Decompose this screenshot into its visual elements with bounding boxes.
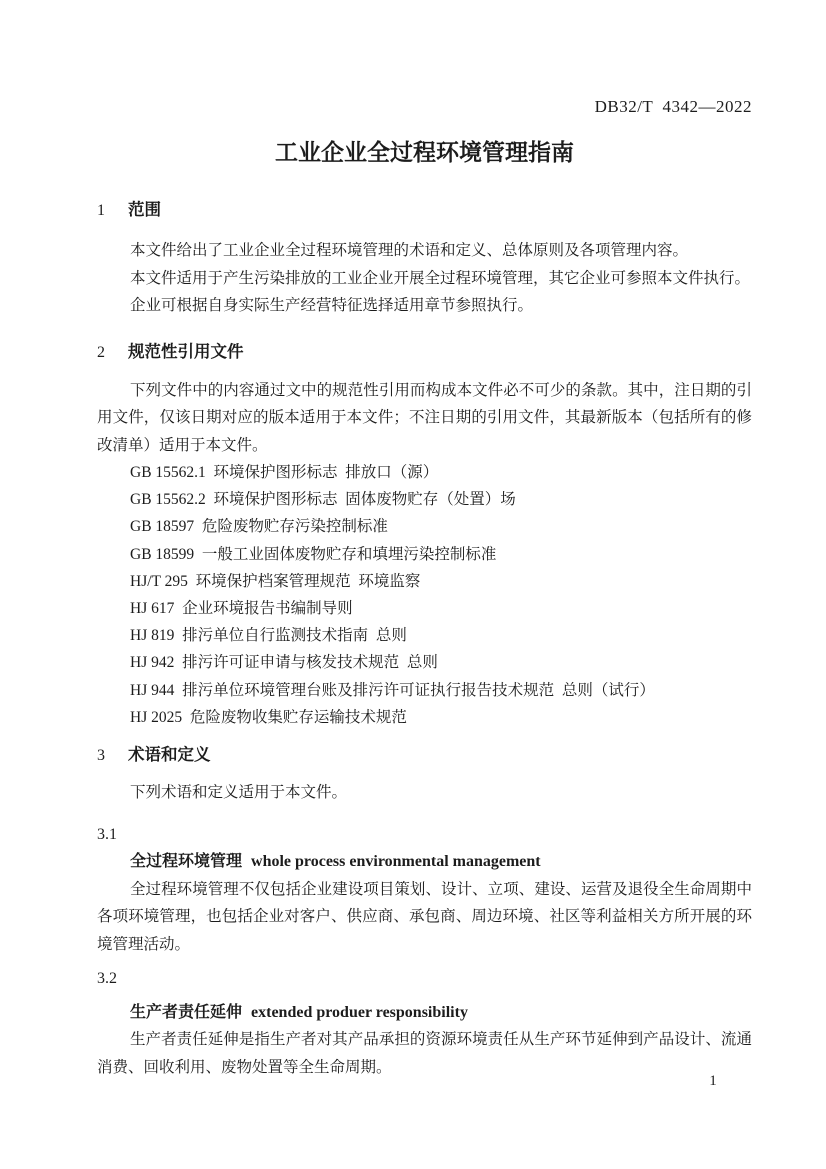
term-number: 3.1 <box>97 821 752 849</box>
term-heading: 全过程环境管理whole process environmental manag… <box>97 848 752 876</box>
reference-item: GB 15562.1 环境保护图形标志 排放口（源） <box>97 459 752 486</box>
section-number: 1 <box>97 197 128 224</box>
section-heading-normative-references: 2规范性引用文件 <box>97 338 752 366</box>
reference-item: HJ 2025 危险废物收集贮存运输技术规范 <box>97 704 752 731</box>
section-heading-terms-definitions: 3术语和定义 <box>97 741 752 769</box>
paragraph: 下列术语和定义适用于本文件。 <box>97 779 752 807</box>
reference-item: HJ 942 排污许可证申请与核发技术规范 总则 <box>97 649 752 676</box>
section-title: 规范性引用文件 <box>128 343 244 361</box>
reference-item: GB 18597 危险废物贮存污染控制标准 <box>97 513 752 540</box>
term-number: 3.2 <box>97 965 752 993</box>
section-title: 术语和定义 <box>128 746 211 764</box>
paragraph: 本文件适用于产生污染排放的工业企业开展全过程环境管理，其它企业可参照本文件执行。 <box>97 265 752 293</box>
page-number: 1 <box>703 1072 723 1090</box>
reference-item: HJ/T 295 环境保护档案管理规范 环境监察 <box>97 568 752 595</box>
term-definition: 生产者责任延伸是指生产者对其产品承担的资源环境责任从生产环节延伸到产品设计、流通… <box>97 1026 752 1081</box>
term-name-zh: 生产者责任延伸 <box>130 1004 242 1021</box>
term-name-zh: 全过程环境管理 <box>130 853 242 870</box>
section-heading-scope: 1范围 <box>97 196 752 224</box>
term-name-en: whole process environmental management <box>251 853 541 870</box>
paragraph: 本文件给出了工业企业全过程环境管理的术语和定义、总体原则及各项管理内容。 <box>97 237 752 265</box>
section-number: 3 <box>97 742 128 769</box>
term-definition: 全过程环境管理不仅包括企业建设项目策划、设计、立项、建设、运营及退役全生命周期中… <box>97 876 752 959</box>
section-title: 范围 <box>128 201 161 219</box>
term-name-en: extended produer responsibility <box>251 1004 468 1021</box>
reference-item: GB 18599 一般工业固体废物贮存和填埋污染控制标准 <box>97 541 752 568</box>
standard-number: DB32/T 4342—2022 <box>97 97 752 117</box>
reference-item: HJ 617 企业环境报告书编制导则 <box>97 595 752 622</box>
reference-item: GB 15562.2 环境保护图形标志 固体废物贮存（处置）场 <box>97 486 752 513</box>
paragraph: 下列文件中的内容通过文中的规范性引用而构成本文件必不可少的条款。其中，注日期的引… <box>97 377 752 460</box>
paragraph: 企业可根据自身实际生产经营特征选择适用章节参照执行。 <box>97 292 752 320</box>
term-heading: 生产者责任延伸extended produer responsibility <box>97 999 752 1027</box>
reference-item: HJ 819 排污单位自行监测技术指南 总则 <box>97 622 752 649</box>
reference-item: HJ 944 排污单位环境管理台账及排污许可证执行报告技术规范 总则（试行） <box>97 677 752 704</box>
document-title: 工业企业全过程环境管理指南 <box>97 137 752 167</box>
section-number: 2 <box>97 339 128 366</box>
document-page: DB32/T 4342—2022 工业企业全过程环境管理指南 1范围 本文件给出… <box>0 0 826 1169</box>
